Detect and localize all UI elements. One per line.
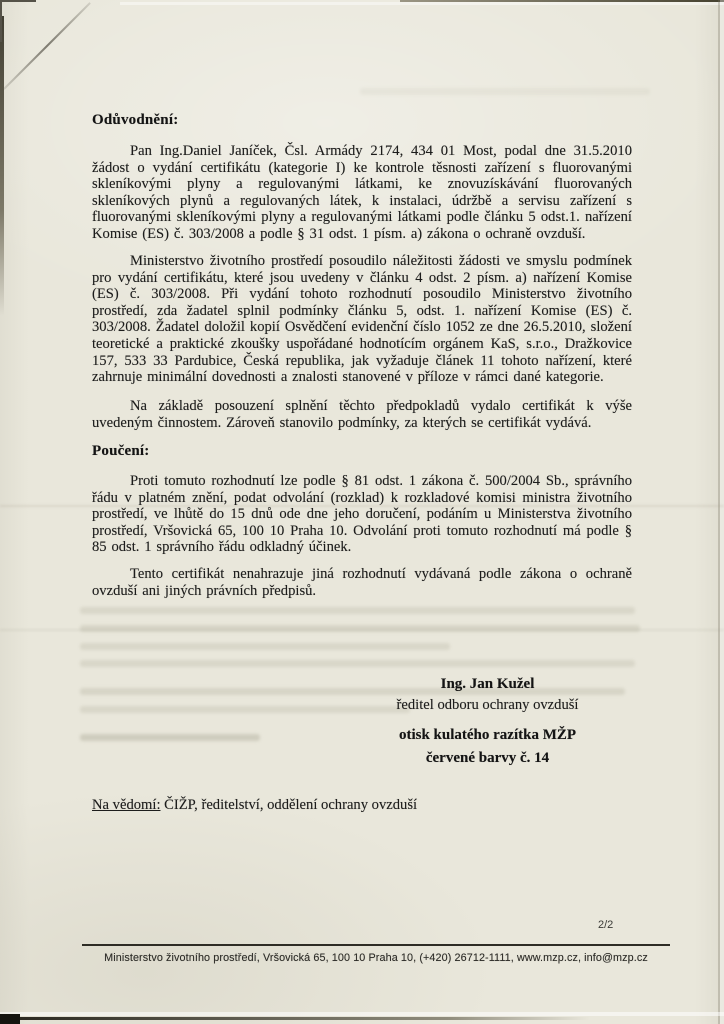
section-heading-pouceni: Poučení: — [92, 443, 632, 460]
scan-bottom-highlight — [0, 1012, 724, 1016]
fold-edge — [0, 0, 2, 42]
paper-right-highlight — [720, 0, 724, 1024]
stamp-note: otisk kulatého razítka MŽP červené barvy… — [330, 724, 645, 770]
paragraph-application: Pan Ing.Daniel Janíček, Čsl. Armády 2174… — [92, 143, 632, 243]
stamp-note-line2: červené barvy č. 14 — [330, 747, 645, 770]
signatory-name: Ing. Jan Kužel — [330, 674, 645, 695]
section-heading-oduvodneni: Odůvodnění: — [92, 112, 632, 129]
paragraph-appeal: Proti tomuto rozhodnutí lze podle § 81 o… — [92, 473, 632, 556]
footer-address: Ministerstvo životního prostředí, Vršovi… — [82, 952, 670, 964]
scan-top-highlight — [120, 2, 724, 5]
cc-recipients: ČIŽP, ředitelství, oddělení ochrany ovzd… — [164, 797, 417, 813]
bleedthrough-line — [80, 607, 635, 614]
fold-edge — [0, 0, 36, 2]
bleedthrough-line — [80, 625, 640, 632]
paragraph-disclaimer: Tento certifikát nenahrazuje jiná rozhod… — [92, 566, 632, 599]
scanned-document-page: Odůvodnění: Pan Ing.Daniel Janíček, Čsl.… — [0, 0, 724, 1024]
paragraph-issuance: Na základě posouzení splnění těchto před… — [92, 398, 632, 431]
signatory-title: ředitel odboru ochrany ovzduší — [330, 695, 645, 716]
bleedthrough-line — [360, 88, 650, 95]
scan-bottom-shadow — [0, 1014, 20, 1024]
page-number: 2/2 — [598, 919, 613, 931]
signature-block: Ing. Jan Kužel ředitel odboru ochrany ov… — [330, 674, 645, 716]
scan-bottom-edge — [20, 1017, 590, 1020]
bleedthrough-line — [80, 660, 635, 667]
paragraph-assessment: Ministerstvo životního prostředí posoudi… — [92, 253, 632, 386]
bleedthrough-line — [80, 643, 450, 650]
cc-line: Na vědomí: ČIŽP, ředitelství, oddělení o… — [92, 797, 652, 814]
stamp-note-line1: otisk kulatého razítka MŽP — [330, 724, 645, 747]
cc-label: Na vědomí: — [92, 797, 161, 813]
bleedthrough-line — [80, 734, 260, 741]
footer-rule — [82, 944, 670, 946]
